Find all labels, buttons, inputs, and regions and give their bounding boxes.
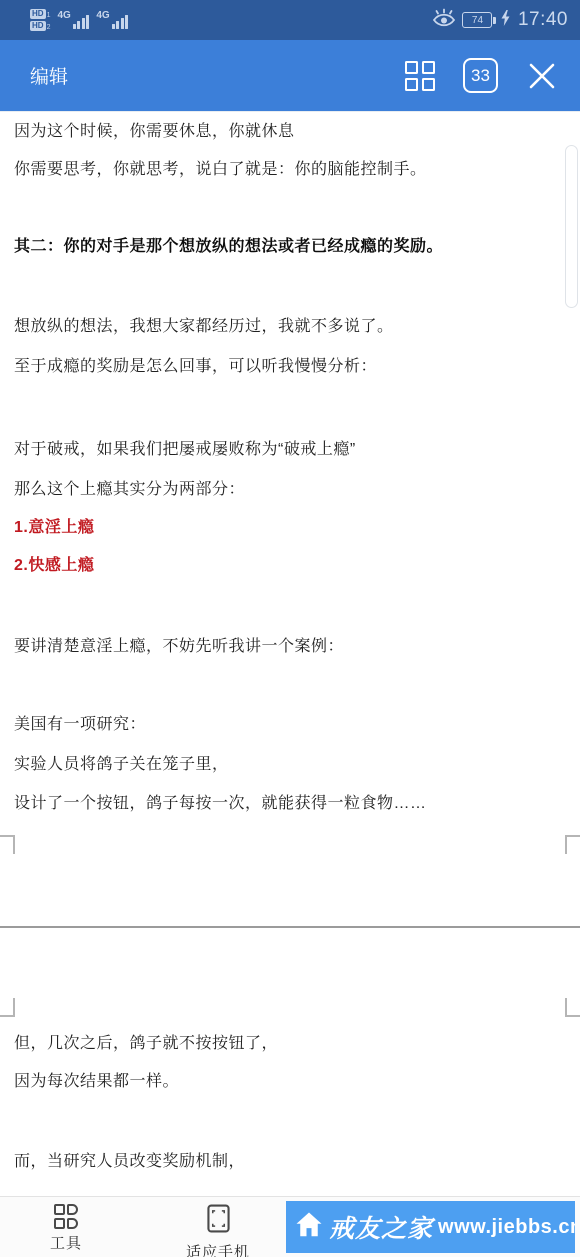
page2-top-right-margin-mark — [565, 998, 580, 1017]
watermark-banner: 戒友之家 www.jiebbs.cn — [286, 1201, 575, 1253]
scrollbar-thumb[interactable] — [565, 145, 578, 308]
paragraph: 而，当研究人员改变奖励机制， — [14, 1150, 560, 1174]
watermark-url: www.jiebbs.cn — [438, 1216, 575, 1239]
paragraph: 设计了一个按钮，鸽子每按一次，就能获得一粒食物…… — [14, 792, 560, 816]
hd2-icon: HD — [30, 21, 46, 31]
paragraph: 要讲清楚意淫上瘾，不妨先听我讲一个案例： — [14, 635, 560, 659]
paragraph: 实验人员将鸽子关在笼子里， — [14, 753, 560, 777]
network-type-label: 4G — [57, 11, 70, 21]
app-toolbar: 编辑 33 — [0, 40, 580, 112]
tools-grid-icon — [54, 1204, 79, 1229]
sim2-number: 2 — [47, 24, 51, 31]
home-icon — [294, 1210, 324, 1245]
thumbnail-grid-icon[interactable] — [405, 61, 435, 91]
tools-button[interactable]: 工具 — [38, 1204, 94, 1253]
paragraph: 美国有一项研究： — [14, 713, 560, 737]
paragraph: 那么这个上瘾其实分为两部分： — [14, 478, 560, 502]
clock-time: 17:40 — [518, 9, 568, 31]
paragraph: 想放纵的想法，我想大家都经历过，我就不多说了。 — [14, 315, 560, 339]
page1-bottom-right-margin-mark — [565, 835, 580, 854]
tools-label: 工具 — [50, 1232, 82, 1253]
network-type-label: 4G — [96, 11, 109, 21]
status-bar: HD 1 HD 2 4G 4G — [0, 0, 580, 40]
paragraph: 因为每次结果都一样。 — [14, 1070, 560, 1094]
eye-comfort-icon — [431, 8, 457, 33]
battery-icon: 74 — [462, 12, 496, 28]
paragraph-heading: 其二：你的对手是那个想放纵的想法或者已经成瘾的奖励。 — [14, 235, 560, 259]
phone-screen: HD 1 HD 2 4G 4G — [0, 0, 580, 1257]
fit-to-phone-button[interactable]: 适应手机 — [178, 1204, 258, 1257]
status-right: 74 17:40 — [431, 8, 568, 33]
close-icon[interactable] — [526, 60, 558, 92]
sim1-number: 1 — [47, 12, 51, 19]
bottom-toolbar: 工具 适应手机 戒友之家 www.jiebbs.cn — [0, 1196, 580, 1257]
charging-bolt-icon — [501, 10, 510, 31]
edit-mode-title[interactable]: 编辑 — [30, 62, 68, 89]
hd1-icon: HD — [30, 9, 46, 19]
signal-sim1-icon: 4G — [57, 11, 89, 29]
paragraph: 对于破戒，如果我们把屡戒屡败称为“破戒上瘾” — [14, 438, 560, 462]
document-page[interactable]: 因为这个时候，你需要休息，你就休息 你需要思考，你就思考，说白了就是：你的脑能控… — [0, 112, 580, 1196]
page-count-badge[interactable]: 33 — [463, 58, 498, 93]
paragraph-list-item-red: 1.意淫上瘾 — [14, 516, 560, 540]
page1-bottom-left-margin-mark — [0, 835, 15, 854]
fit-phone-icon — [207, 1204, 230, 1238]
paragraph: 但，几次之后，鸽子就不按按钮了， — [14, 1032, 560, 1056]
volte-hd-icons: HD 1 HD 2 — [30, 9, 50, 31]
battery-percent: 74 — [472, 15, 483, 26]
paragraph-list-item-red: 2.快感上瘾 — [14, 554, 560, 578]
watermark-site-name: 戒友之家 — [329, 1209, 433, 1245]
paragraph: 因为这个时候，你需要休息，你就休息 — [14, 120, 560, 144]
status-left: HD 1 HD 2 4G 4G — [30, 9, 128, 31]
fit-phone-label: 适应手机 — [186, 1241, 250, 1257]
signal-sim2-icon: 4G — [96, 11, 128, 29]
page-break-divider — [0, 926, 580, 928]
paragraph: 你需要思考，你就思考，说白了就是：你的脑能控制手。 — [14, 158, 560, 182]
paragraph: 至于成瘾的奖励是怎么回事，可以听我慢慢分析： — [14, 355, 560, 379]
page2-top-left-margin-mark — [0, 998, 15, 1017]
